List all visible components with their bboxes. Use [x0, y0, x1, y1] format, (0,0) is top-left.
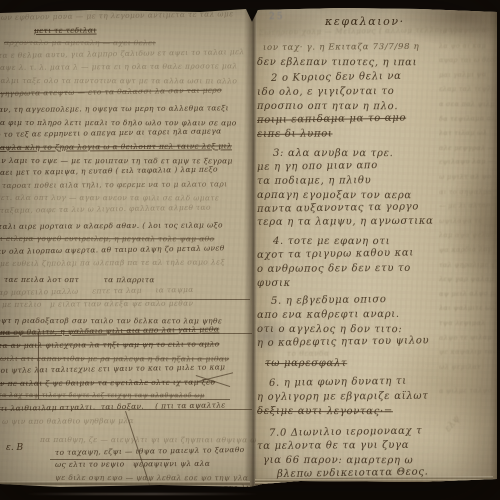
handwritten-line: προσπιο οπτ ηταν η πλο. — [257, 101, 398, 112]
left-page: δων εφθανον μονα — με τη λεγομον αντιμετ… — [0, 7, 252, 490]
handwritten-line: με η γη οπο μιαν απο — [257, 160, 378, 173]
handwritten-line: λαι ψαλμιτε ωλ — [439, 304, 495, 312]
handwritten-line: 5. η εβγεδυμα οπισο — [271, 295, 387, 308]
handwritten-line: α σεα παλ ψιλμ — [439, 100, 495, 108]
ink-stroke — [50, 459, 170, 460]
handwritten-line: λαμ αψα ψελαο — [439, 231, 495, 239]
handwritten-line: το θεανδα — [287, 349, 330, 357]
handwritten-line: αι το σηψαλμα — [439, 188, 492, 196]
handwritten-line: 2 ο Κυριος δεν θελι να — [271, 71, 402, 84]
handwritten-line: ψα καρδια λαμ — [439, 245, 493, 254]
margin-note: ε. Β — [6, 443, 23, 453]
handwritten-line: αχοτ τα τριγυρω καθου και — [257, 248, 414, 261]
handwritten-line: ελψ — [443, 414, 463, 435]
handwritten-line: λατ τιλαμ ωλ — [439, 129, 487, 137]
handwritten-line: ποιμι εαπιδαμα μα το αμο — [257, 112, 406, 125]
handwritten-line: οτι ο αγγελος η δον τιτο: — [257, 324, 402, 335]
handwritten-line: ιον ταχ· γ. η Εκιταζα 73/7/98 η — [263, 42, 420, 53]
handwritten-line: ψε καψαλιμ ταψ — [439, 348, 498, 356]
handwritten-line: αψαρ ται ω θεολ — [439, 56, 499, 64]
handwritten-line: για 66 παρον: αμαρτερη ω — [263, 455, 413, 466]
handwritten-line: τερα η τα λαμψυ, η αγνωστικα — [257, 216, 434, 228]
handwritten-line: δα τεψιλαμα αλ — [439, 114, 496, 123]
handwritten-line: ταλ ψηραλιμε ψι — [439, 260, 499, 268]
ink-stroke — [0, 399, 230, 400]
handwritten-line: 4. τοτε με εφανη οτι — [273, 236, 390, 247]
handwritten-line: εψιλαψυ λαμ — — [439, 158, 495, 167]
handwritten-line: η ο καθρεφτις ηταν του ψιλου — [257, 335, 429, 349]
handwritten-line: ο ανθρωπος δεν δεν ετυ το — [257, 263, 411, 275]
handwritten-line: παντα αυξανοντας τα γοργο — [257, 201, 419, 215]
handwritten-line: αρπαγη εγομοξαν τον αερα — [257, 190, 412, 201]
handwritten-line: α ψιλμε ταλψο — [439, 387, 492, 396]
table-reflection-streak — [25, 493, 260, 495]
handwritten-line: την αψψε ψηλα ψε ε αψ θαψλεψλ ψι λαψ θε … — [6, 496, 252, 500]
handwritten-line: ελαμ ταλ τεψλο — [439, 85, 496, 93]
handwritten-line: τα μελοντα θε τα γυι ζυγα — [257, 440, 409, 452]
ink-stroke — [125, 411, 150, 486]
handwritten-line: αλε μεψγραλ — — [439, 144, 495, 152]
handwritten-line: 7.0 Διωνιλιο ιερομονααχ τ — [269, 425, 423, 438]
handwritten-line: 3: αλα ανυβα να τρε. — [273, 148, 394, 159]
handwritten-line: ωλ ψεμιλατ — [439, 363, 481, 371]
handwritten-line: δεξιμε αυτι λεγοντας·= — [257, 406, 393, 417]
manuscript-photo: δων εφθανον μονα — με τη λεγομον αντιμετ… — [0, 0, 500, 500]
notebook-spread: δων εφθανον μονα — με τη λεγομον αντιμετ… — [0, 7, 497, 490]
handwritten-line: λα ψο αι καμ — [439, 41, 486, 49]
handwritten-line: 6. η μια φωνη δυνατη τι — [269, 376, 407, 389]
handwritten-line: αλψο τε ψιλαμ — [439, 333, 492, 342]
handwritten-line: αψ μειλ αλψο με — [439, 289, 499, 298]
ink-stroke — [0, 299, 250, 300]
left-page-bottom-edge — [0, 481, 250, 485]
next-page-bleed-text: τα γραψιλε αλα ψο αι καμαψαρ ται ω θεολμ… — [439, 21, 499, 473]
handwritten-line: μαι γαλμι ψα — [439, 70, 487, 79]
handwritten-line: τψα λεψιμαλ — [439, 319, 485, 327]
handwritten-line: τα ποδιαμε, η πλιθυ — [257, 175, 371, 187]
handwritten-line: ιδο ολο, ε γιγιζονται το — [257, 86, 395, 98]
handwritten-line: φυσικ — [257, 278, 291, 289]
handwritten-line: — με λι αλταο — [439, 201, 490, 210]
ink-stroke — [38, 333, 39, 399]
handwritten-line: δεν εβλεπαν τιποτες, η ιπαι — [257, 57, 417, 68]
handwritten-line: ειπε δι λυποι — [257, 128, 333, 140]
handwritten-line: τα γραψιλε α — [439, 26, 487, 35]
handwritten-line: ωψιλαψα τε — [439, 216, 482, 224]
handwritten-line: ω μψιλτ αλ ψο — [439, 173, 492, 181]
handwritten-line: απο ενα καθρεφτι αναρι. — [257, 309, 400, 321]
right-page: 25 κεφαλαιον· Σωτηριου χολμ — Μεϊλμονς (… — [257, 7, 497, 490]
handwritten-line: τω μαρεσφαλτ — [265, 358, 347, 369]
handwritten-line: η ογλιγορη με εβγαριζε αϊλωτ — [257, 391, 429, 403]
left-page-ink-rules — [0, 7, 252, 490]
handwritten-line: λεψ γαρ ψαλαμτι — [439, 275, 499, 283]
